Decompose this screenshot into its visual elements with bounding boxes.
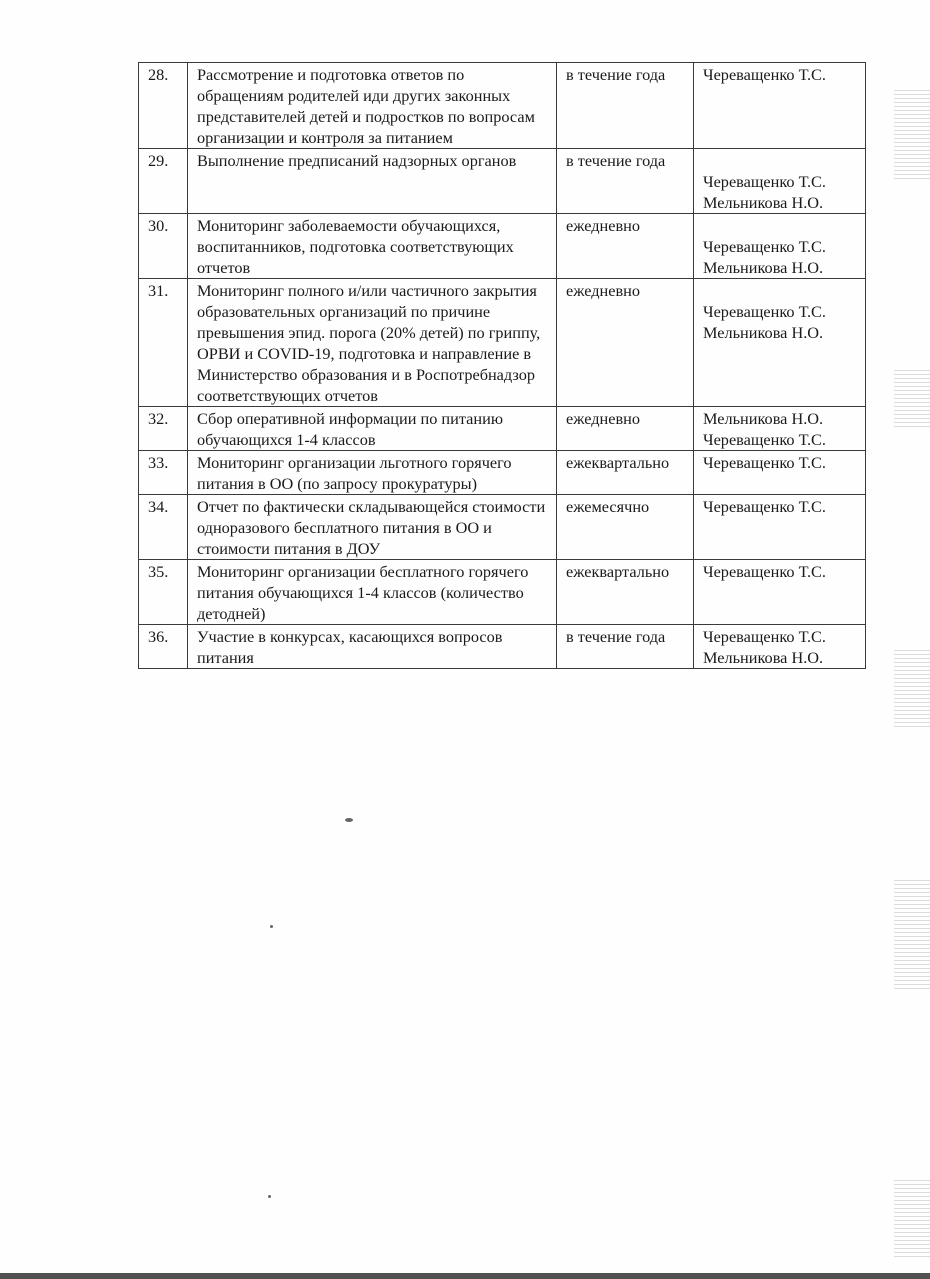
scan-speck xyxy=(268,1195,271,1198)
table-row: 32.Сбор оперативной информации по питани… xyxy=(139,407,866,451)
responsible-cell: Череващенко Т.С. xyxy=(694,560,866,625)
responsible-person: Череващенко Т.С. xyxy=(703,496,857,517)
table-row: 35.Мониторинг организации бесплатного го… xyxy=(139,560,866,625)
activity-cell: Мониторинг заболеваемости обучающихся, в… xyxy=(188,214,557,279)
responsible-person: Мельникова Н.О. xyxy=(703,408,857,429)
spacer xyxy=(703,215,857,236)
responsible-cell: Череващенко Т.С. xyxy=(694,451,866,495)
spacer xyxy=(703,280,857,301)
responsible-cell: Мельникова Н.О.Череващенко Т.С. xyxy=(694,407,866,451)
responsible-person: Мельникова Н.О. xyxy=(703,322,857,343)
table-body: 28.Рассмотрение и подготовка ответов по … xyxy=(139,63,866,669)
scan-bottom-edge xyxy=(0,1273,930,1279)
responsible-person: Череващенко Т.С. xyxy=(703,171,857,192)
period-cell: ежеквартально xyxy=(557,560,694,625)
responsible-person: Череващенко Т.С. xyxy=(703,626,857,647)
responsible-person: Мельникова Н.О. xyxy=(703,647,857,668)
activity-cell: Рассмотрение и подготовка ответов по обр… xyxy=(188,63,557,149)
table-row: 28.Рассмотрение и подготовка ответов по … xyxy=(139,63,866,149)
scan-artifact xyxy=(894,880,930,990)
table-row: 31.Мониторинг полного и/или частичного з… xyxy=(139,279,866,407)
row-number: 31. xyxy=(139,279,188,407)
table-row: 33.Мониторинг организации льготного горя… xyxy=(139,451,866,495)
activity-plan-table: 28.Рассмотрение и подготовка ответов по … xyxy=(138,62,866,669)
row-number: 29. xyxy=(139,149,188,214)
activity-cell: Сбор оперативной информации по питанию о… xyxy=(188,407,557,451)
scan-artifact xyxy=(894,1180,930,1260)
row-number: 28. xyxy=(139,63,188,149)
responsible-person: Череващенко Т.С. xyxy=(703,236,857,257)
row-number: 34. xyxy=(139,495,188,560)
responsible-person: Череващенко Т.С. xyxy=(703,301,857,322)
table-row: 30.Мониторинг заболеваемости обучающихся… xyxy=(139,214,866,279)
responsible-person: Череващенко Т.С. xyxy=(703,452,857,473)
activity-cell: Мониторинг полного и/или частичного закр… xyxy=(188,279,557,407)
responsible-cell: Череващенко Т.С.Мельникова Н.О. xyxy=(694,279,866,407)
table-row: 29.Выполнение предписаний надзорных орга… xyxy=(139,149,866,214)
spacer xyxy=(703,150,857,171)
period-cell: ежедневно xyxy=(557,407,694,451)
responsible-cell: Череващенко Т.С. xyxy=(694,495,866,560)
responsible-cell: Череващенко Т.С.Мельникова Н.О. xyxy=(694,149,866,214)
scanned-page: 28.Рассмотрение и подготовка ответов по … xyxy=(0,0,930,1279)
responsible-person: Мельникова Н.О. xyxy=(703,192,857,213)
scan-speck xyxy=(270,925,273,928)
row-number: 35. xyxy=(139,560,188,625)
responsible-cell: Череващенко Т.С. xyxy=(694,63,866,149)
row-number: 30. xyxy=(139,214,188,279)
activity-cell: Мониторинг организации бесплатного горяч… xyxy=(188,560,557,625)
responsible-person: Череващенко Т.С. xyxy=(703,561,857,582)
period-cell: в течение года xyxy=(557,625,694,669)
period-cell: ежемесячно xyxy=(557,495,694,560)
activity-cell: Отчет по фактически складывающейся стоим… xyxy=(188,495,557,560)
period-cell: в течение года xyxy=(557,63,694,149)
row-number: 33. xyxy=(139,451,188,495)
scan-artifact xyxy=(894,650,930,730)
activity-cell: Мониторинг организации льготного горячег… xyxy=(188,451,557,495)
responsible-person: Мельникова Н.О. xyxy=(703,257,857,278)
scan-artifact xyxy=(894,370,930,430)
responsible-person: Череващенко Т.С. xyxy=(703,64,857,85)
responsible-cell: Череващенко Т.С.Мельникова Н.О. xyxy=(694,625,866,669)
table-row: 34.Отчет по фактически складывающейся ст… xyxy=(139,495,866,560)
scan-artifact xyxy=(894,90,930,180)
period-cell: в течение года xyxy=(557,149,694,214)
scan-speck xyxy=(345,818,353,822)
period-cell: ежедневно xyxy=(557,214,694,279)
activity-cell: Выполнение предписаний надзорных органов xyxy=(188,149,557,214)
row-number: 32. xyxy=(139,407,188,451)
activity-cell: Участие в конкурсах, касающихся вопросов… xyxy=(188,625,557,669)
period-cell: ежеквартально xyxy=(557,451,694,495)
period-cell: ежедневно xyxy=(557,279,694,407)
responsible-cell: Череващенко Т.С.Мельникова Н.О. xyxy=(694,214,866,279)
responsible-person: Череващенко Т.С. xyxy=(703,429,857,450)
table-row: 36.Участие в конкурсах, касающихся вопро… xyxy=(139,625,866,669)
row-number: 36. xyxy=(139,625,188,669)
